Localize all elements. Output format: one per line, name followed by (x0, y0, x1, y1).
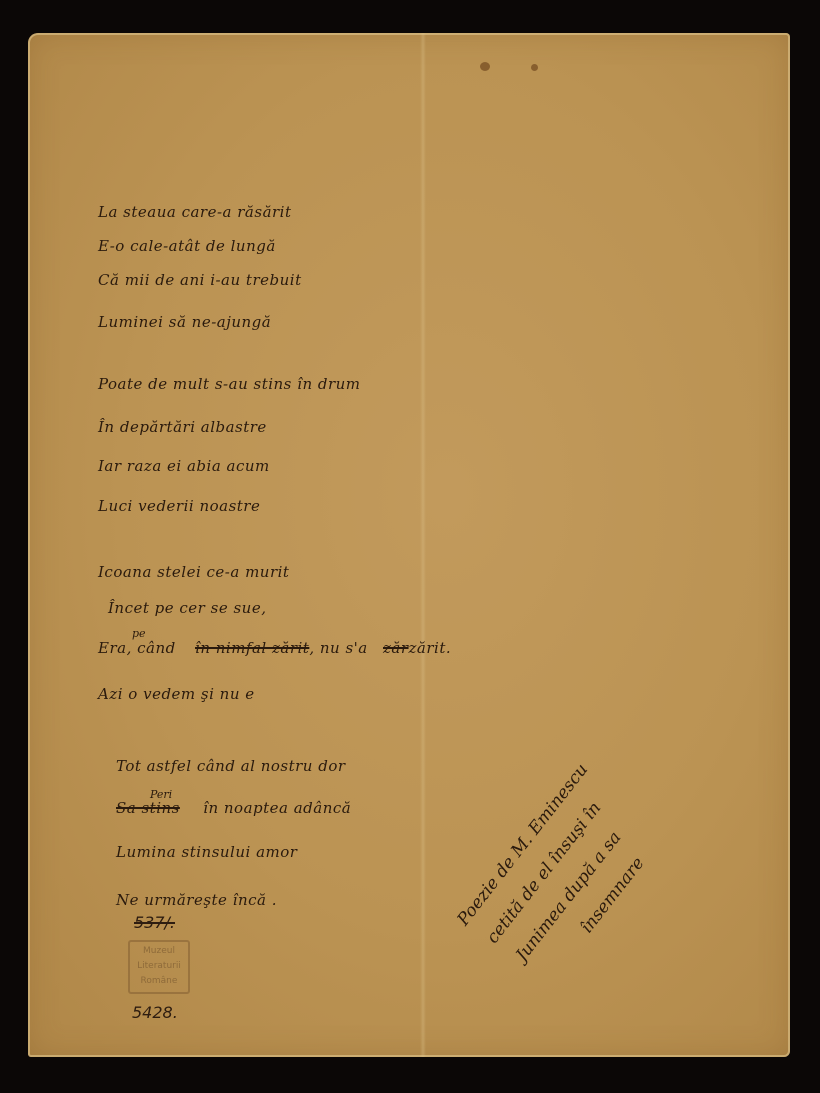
poem-line: Tot astfel când al nostru dor (116, 757, 346, 775)
poem-line-revised: Era, când în nimfal zărit, nu s'a zărzăr… (98, 639, 451, 657)
poem-line: Luci vederii noastre (98, 497, 260, 515)
line-after: , nu s'a (309, 639, 367, 657)
catalog-number: 5428. (132, 1003, 178, 1022)
stamp-line: Române (130, 974, 188, 989)
line-prefix: Era, (98, 639, 132, 657)
poem-line: Iar raza ei abia acum (98, 457, 270, 475)
poem-line: Azi o vedem şi nu e (98, 685, 255, 703)
poem-line: Că mii de ani i-au trebuit (98, 271, 302, 289)
line-word: când (137, 639, 176, 657)
line-rest: în noaptea adâncă (203, 799, 351, 817)
line-end: zărit. (409, 639, 452, 657)
museum-stamp: Muzeul Literaturii Române (128, 940, 190, 994)
stain (531, 64, 538, 71)
marginal-note: Poezie de M. Eminescu cetită de el însuş… (448, 756, 678, 997)
poem-line: Ne urmăreşte încă . (116, 891, 277, 909)
struck-text: Sa stins (116, 799, 180, 817)
struck-text: zăr (383, 639, 409, 657)
stain (480, 62, 490, 71)
poem-line: La steaua care-a răsărit (98, 203, 292, 221)
poem-line: Icoana stelei ce-a murit (98, 563, 289, 581)
poem-line: Luminei să ne-ajungă (98, 313, 271, 331)
fold-line (420, 33, 426, 1057)
insertion-above: Peri (150, 788, 172, 801)
poem-line: E-o cale-atât de lungă (98, 237, 276, 255)
stamp-line: Literaturii (130, 959, 188, 974)
poem-line-revised: Sa stins în noaptea adâncă (116, 799, 351, 817)
poem-line: Lumina stinsului amor (116, 843, 297, 861)
manuscript-page: La steaua care-a răsărit E-o cale-atât d… (28, 33, 790, 1057)
poem-line: În depărtări albastre (98, 418, 267, 436)
stamp-line: Muzeul (130, 944, 188, 959)
poem-line: Încet pe cer se sue, (108, 599, 266, 617)
old-catalog-number: 537/. (134, 913, 175, 932)
insertion-above: pe (132, 627, 146, 640)
poem-line: Poate de mult s-au stins în drum (98, 375, 361, 393)
struck-text: în nimfal zărit (195, 639, 309, 657)
